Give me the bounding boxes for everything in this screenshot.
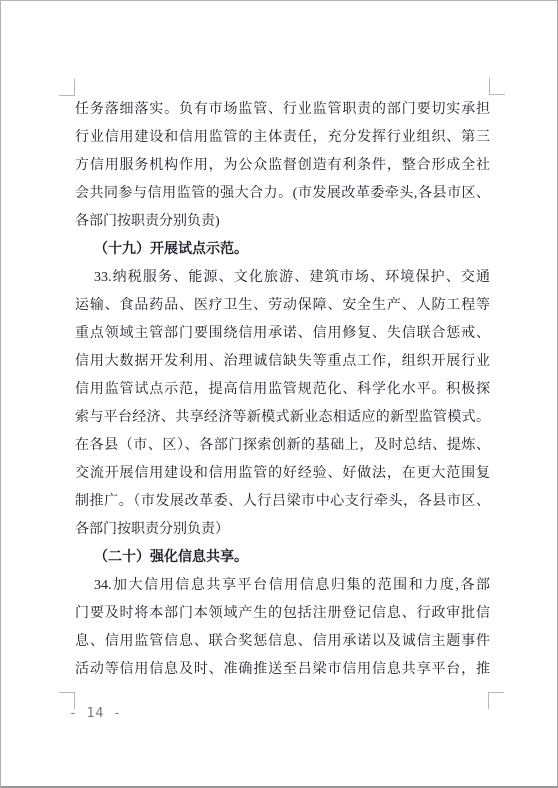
- text-line: 息、信用监管信息、联合奖惩信息、信用承诺以及诚信主题事件: [75, 628, 490, 656]
- text-line: 行业信用建设和信用监管的主体责任，充分发挥行业组织、第三: [75, 124, 490, 152]
- section-heading: （十九）开展试点示范。: [75, 236, 490, 264]
- text-line: 任务落细落实。负有市场监管、行业监管职责的部门要切实承担: [75, 96, 490, 124]
- text-line: 方信用服务机构作用，为公众监督创造有利条件，整合形成全社: [75, 152, 490, 180]
- text-line: 33.纳税服务、能源、文化旅游、建筑市场、环境保护、交通: [75, 264, 490, 292]
- text-block: 任务落细落实。负有市场监管、行业监管职责的部门要切实承担 行业信用建设和信用监管…: [75, 96, 490, 684]
- text-line: 在各县（市、区）、各部门探索创新的基础上，及时总结、提炼、: [75, 432, 490, 460]
- text-line: 信用大数据开发利用、治理诚信缺失等重点工作，组织开展行业: [75, 348, 490, 376]
- text-line: 活动等信用信息及时、准确推送至吕梁市信用信息共享平台，推: [75, 656, 490, 684]
- text-line: 运输、食品药品、医疗卫生、劳动保障、安全生产、人防工程等: [75, 292, 490, 320]
- text-line: 重点领域主管部门要围绕信用承诺、信用修复、失信联合惩戒、: [75, 320, 490, 348]
- page-number: - 14 -: [69, 706, 122, 721]
- text-line: 索与平台经济、共享经济等新模式新业态相适应的新型监管模式。: [75, 404, 490, 432]
- text-line: 会共同参与信用监管的强大合力。(市发展改革委牵头,各县市区、: [75, 180, 490, 208]
- text-line: 34.加大信用信息共享平台信用信息归集的范围和力度,各部: [75, 572, 490, 600]
- document-page: { "page": { "number": "- 14 -" }, "conte…: [0, 0, 558, 788]
- text-line: 信用监管试点示范，提高信用监管规范化、科学化水平。积极探: [75, 376, 490, 404]
- crop-mark-bottom-right: [488, 692, 504, 709]
- section-heading: （二十）强化信息共享。: [75, 544, 490, 572]
- crop-mark-top-left: [59, 79, 75, 96]
- text-line: 各部门按职责分别负责): [75, 208, 490, 236]
- crop-mark-top-right: [489, 78, 505, 95]
- text-line: 各部门按职责分别负责）: [75, 516, 490, 544]
- text-line: 制推广。（市发展改革委、人行吕梁市中心支行牵头，各县市区、: [75, 488, 490, 516]
- text-line: 交流开展信用建设和信用监管的好经验、好做法，在更大范围复: [75, 460, 490, 488]
- text-line: 门要及时将本部门本领域产生的包括注册登记信息、行政审批信: [75, 600, 490, 628]
